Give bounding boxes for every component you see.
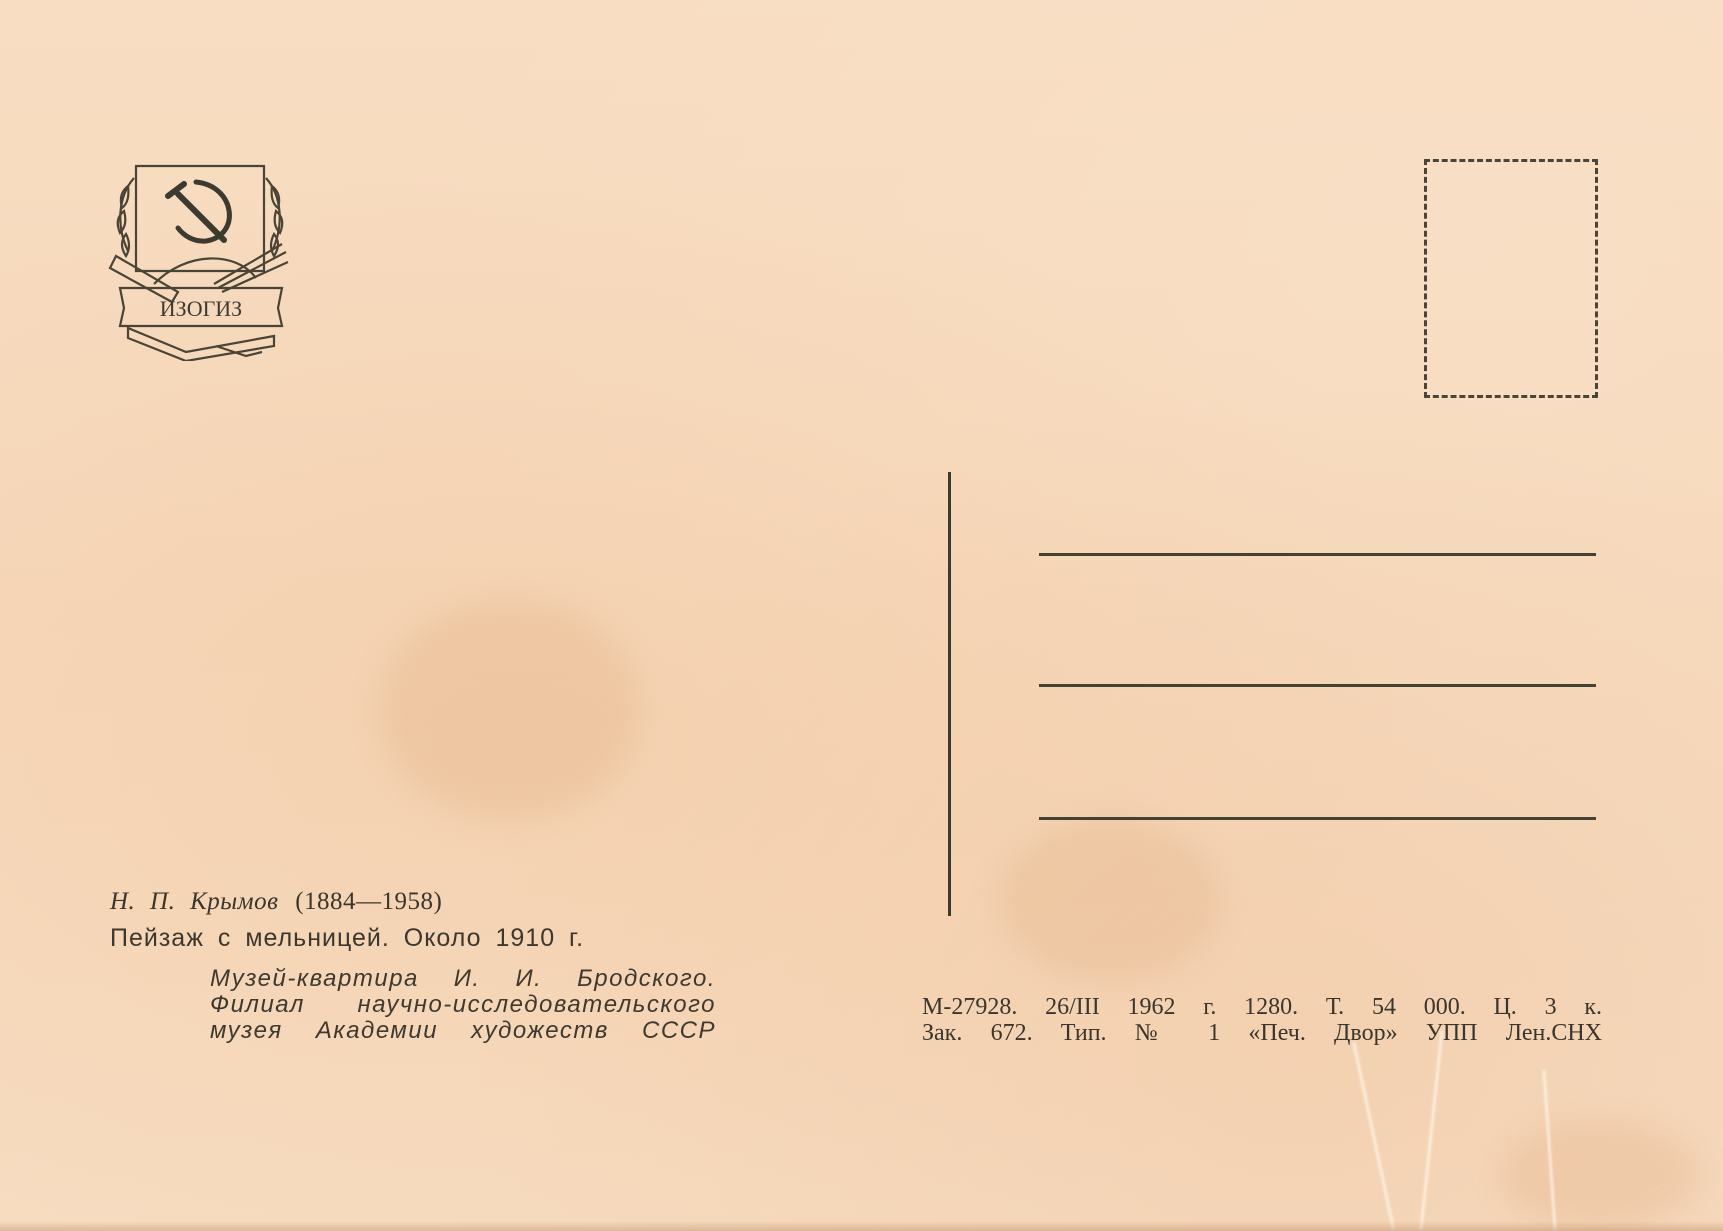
paper-stain	[1500, 1120, 1700, 1230]
paper-stain	[380, 600, 640, 820]
paper-crease	[1352, 1042, 1395, 1229]
address-line	[1039, 684, 1596, 687]
address-line	[1039, 817, 1596, 820]
imprint-line: М-27928. 26/III 1962 г. 1280. Т. 54 000.…	[922, 994, 1602, 1020]
artwork-title: Пейзаж с мельницей. Около 1910 г.	[110, 924, 584, 953]
stamp-placement-box	[1424, 159, 1598, 398]
artist-name: Н. П. Крымов	[110, 888, 278, 915]
artist-years: (1884—1958)	[295, 888, 442, 915]
paper-stain	[1000, 820, 1220, 980]
collection-line: Музей-квартира И. И. Бродского.	[210, 966, 716, 992]
collection-line: музея Академии художеств СССР	[210, 1018, 716, 1044]
izogiz-logo: ИЗОГИЗ	[106, 156, 296, 361]
imprint-line: Зак. 672. Тип. № 1 «Печ. Двор» УПП Лен.С…	[922, 1020, 1602, 1046]
collection-line: Филиал научно-исследовательского	[210, 992, 716, 1018]
paper-crease	[1420, 1030, 1444, 1229]
artist-credit: Н. П. Крымов (1884—1958)	[110, 888, 442, 916]
paper-edge	[0, 1221, 1723, 1231]
vertical-divider	[948, 472, 951, 916]
postcard-back: ИЗОГИЗ Н. П. Крымов (1884—1958) Пейзаж с…	[0, 0, 1723, 1231]
collection-credit: Музей-квартира И. И. Бродского. Филиал н…	[210, 966, 716, 1044]
printer-imprint: М-27928. 26/III 1962 г. 1280. Т. 54 000.…	[922, 994, 1602, 1046]
publisher-name: ИЗОГИЗ	[160, 296, 242, 321]
address-line	[1039, 553, 1596, 556]
hammer-and-sickle-icon	[168, 182, 229, 241]
